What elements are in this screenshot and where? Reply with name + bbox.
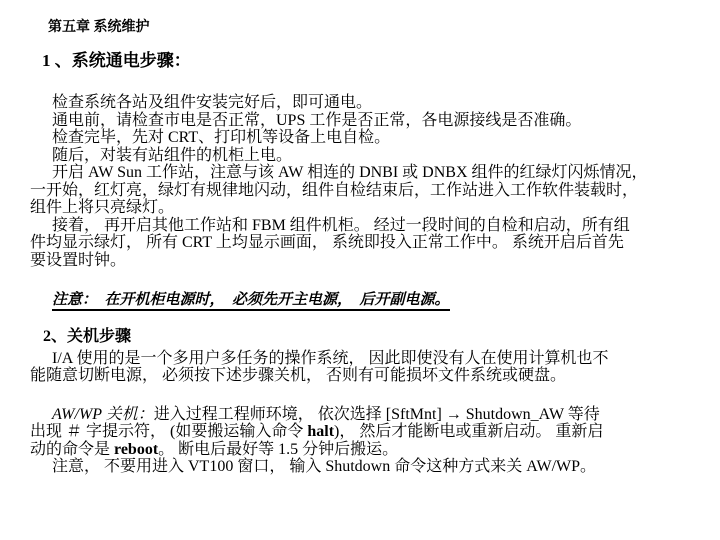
text-segment: 。 断电后最好等 1.5 分钟后搬运。 xyxy=(158,441,398,458)
section-power-on-heading: 1 、系统通电步骤： xyxy=(42,51,692,70)
text-line: 出现 ＃ 字提示符， (如要搬运输入命令 halt)， 然后才能断电或重新启动。… xyxy=(30,423,692,441)
text-segment: )， 然后才能断电或重新启动。 重新启 xyxy=(334,423,603,440)
text-line: I/A 使用的是一个多用户多任务的操作系统， 因此即使没有人在使用计算机也不 xyxy=(30,350,692,368)
text-line: 动的命令是 reboot。 断电后最好等 1.5 分钟后搬运。 xyxy=(30,441,692,459)
text-line: AW/WP 关机：进入过程工程师环境， 依次选择 [SftMnt] → Shut… xyxy=(30,406,692,424)
text-line: 要设置时钟。 xyxy=(30,252,692,270)
shutdown-awwp-paragraph: AW/WP 关机：进入过程工程师环境， 依次选择 [SftMnt] → Shut… xyxy=(30,406,692,476)
text-segment: 动的命令是 xyxy=(30,441,114,458)
power-on-notice-text: 注意： 在开机柜电源时， 必须先开主电源， 后开副电源。 xyxy=(52,292,450,311)
halt-command: halt xyxy=(307,423,334,440)
text-line: 随后，对装有站组件的机柜上电。 xyxy=(30,147,692,165)
document-page: 第五章 系统维护 1 、系统通电步骤： 检查系统各站及组件安装完好后，即可通电。… xyxy=(0,0,720,540)
text-segment: 进入过程工程师环境， 依次选择 [SftMnt] → Shutdown_AW 等… xyxy=(154,406,600,423)
section-shutdown-heading: 2、关机步骤 xyxy=(43,328,692,346)
text-line: 能随意切断电源， 必须按下述步骤关机， 否则有可能损坏文件系统或硬盘。 xyxy=(30,367,692,385)
power-on-paragraph: 检查系统各站及组件安装完好后，即可通电。 通电前，请检查市电是否正常，UPS 工… xyxy=(30,94,692,269)
text-line: 件均显示绿灯， 所有 CRT 上均显示画面， 系统即投入正常工作中。 系统开启后… xyxy=(30,234,692,252)
text-line: 检查系统各站及组件安装完好后，即可通电。 xyxy=(30,94,692,112)
text-line: 组件上将只亮绿灯。 xyxy=(30,199,692,217)
awwp-shutdown-label: AW/WP 关机： xyxy=(52,406,154,423)
text-line: 接着， 再开启其他工作站和 FBM 组件机柜。 经过一段时间的自检和启动，所有组 xyxy=(30,217,692,235)
text-line: 检查完毕，先对 CRT、打印机等设备上电自检。 xyxy=(30,129,692,147)
text-line: 注意， 不要用进入 VT100 窗口， 输入 Shutdown 命令这种方式来关… xyxy=(30,458,692,476)
text-line: 开启 AW Sun 工作站，注意与该 AW 相连的 DNBI 或 DNBX 组件… xyxy=(30,164,692,182)
power-on-notice-line: 注意： 在开机柜电源时， 必须先开主电源， 后开副电源。 xyxy=(30,291,692,309)
text-line: 一开始，红灯亮，绿灯有规律地闪动，组件自检结束后，工作站进入工作软件装载时， xyxy=(30,182,692,200)
shutdown-intro-paragraph: I/A 使用的是一个多用户多任务的操作系统， 因此即使没有人在使用计算机也不 能… xyxy=(30,350,692,385)
chapter-title: 第五章 系统维护 xyxy=(48,20,692,36)
reboot-command: reboot xyxy=(114,441,158,458)
text-segment: 出现 ＃ 字提示符， (如要搬运输入命令 xyxy=(30,423,307,440)
text-line: 通电前，请检查市电是否正常，UPS 工作是否正常，各电源接线是否准确。 xyxy=(30,112,692,130)
